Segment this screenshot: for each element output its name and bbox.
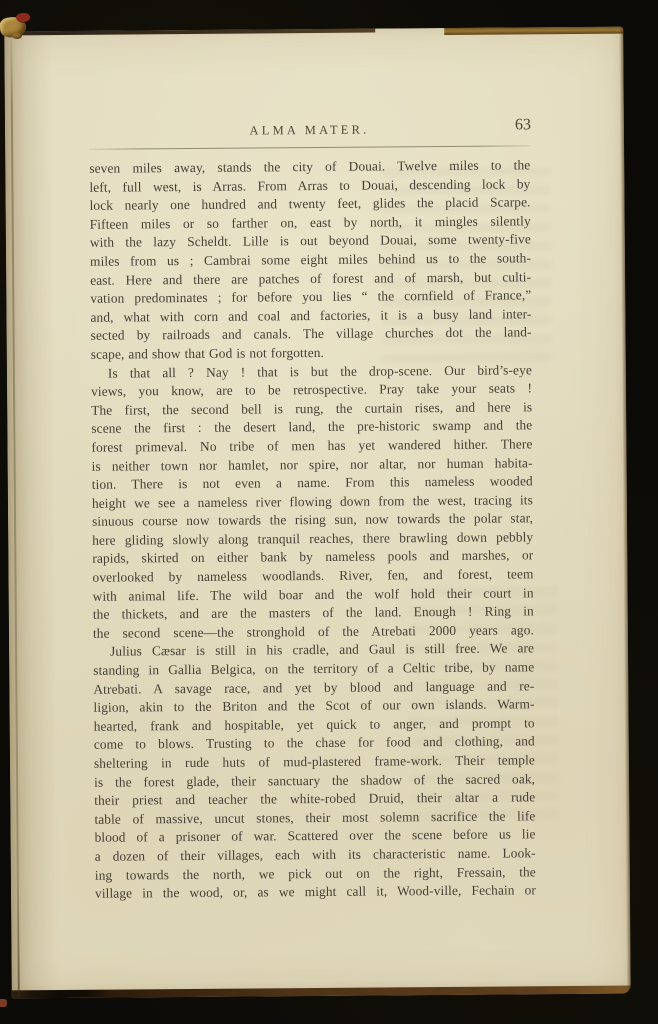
printed-content: ALMA MATER. 63 seven miles away, stands …: [89, 119, 536, 903]
page-top-edge-dark: [16, 29, 375, 36]
header-rule: [89, 145, 530, 149]
binding-headband: [0, 12, 36, 42]
headband-red-thread: [16, 13, 30, 22]
page-right-edge: [619, 27, 631, 994]
body-text: seven miles away, stands the city of Dou…: [89, 156, 536, 903]
page-top-edge-gilt: [444, 27, 624, 35]
text-line: sected by railroads and canals. The vill…: [91, 324, 532, 346]
page-bottom-edge: [12, 986, 631, 999]
running-title: ALMA MATER.: [89, 121, 530, 139]
page-number: 63: [515, 116, 531, 134]
scan-background: ALMA MATER. 63 seven miles away, stands …: [0, 0, 658, 1024]
book-page: ALMA MATER. 63 seven miles away, stands …: [4, 27, 631, 999]
page-header: ALMA MATER. 63: [89, 119, 530, 142]
headband-gold-speck: [12, 32, 22, 39]
binding-bottom-scrap: [0, 999, 7, 1007]
text-line: village in the wood, or, as we might cal…: [95, 881, 536, 903]
